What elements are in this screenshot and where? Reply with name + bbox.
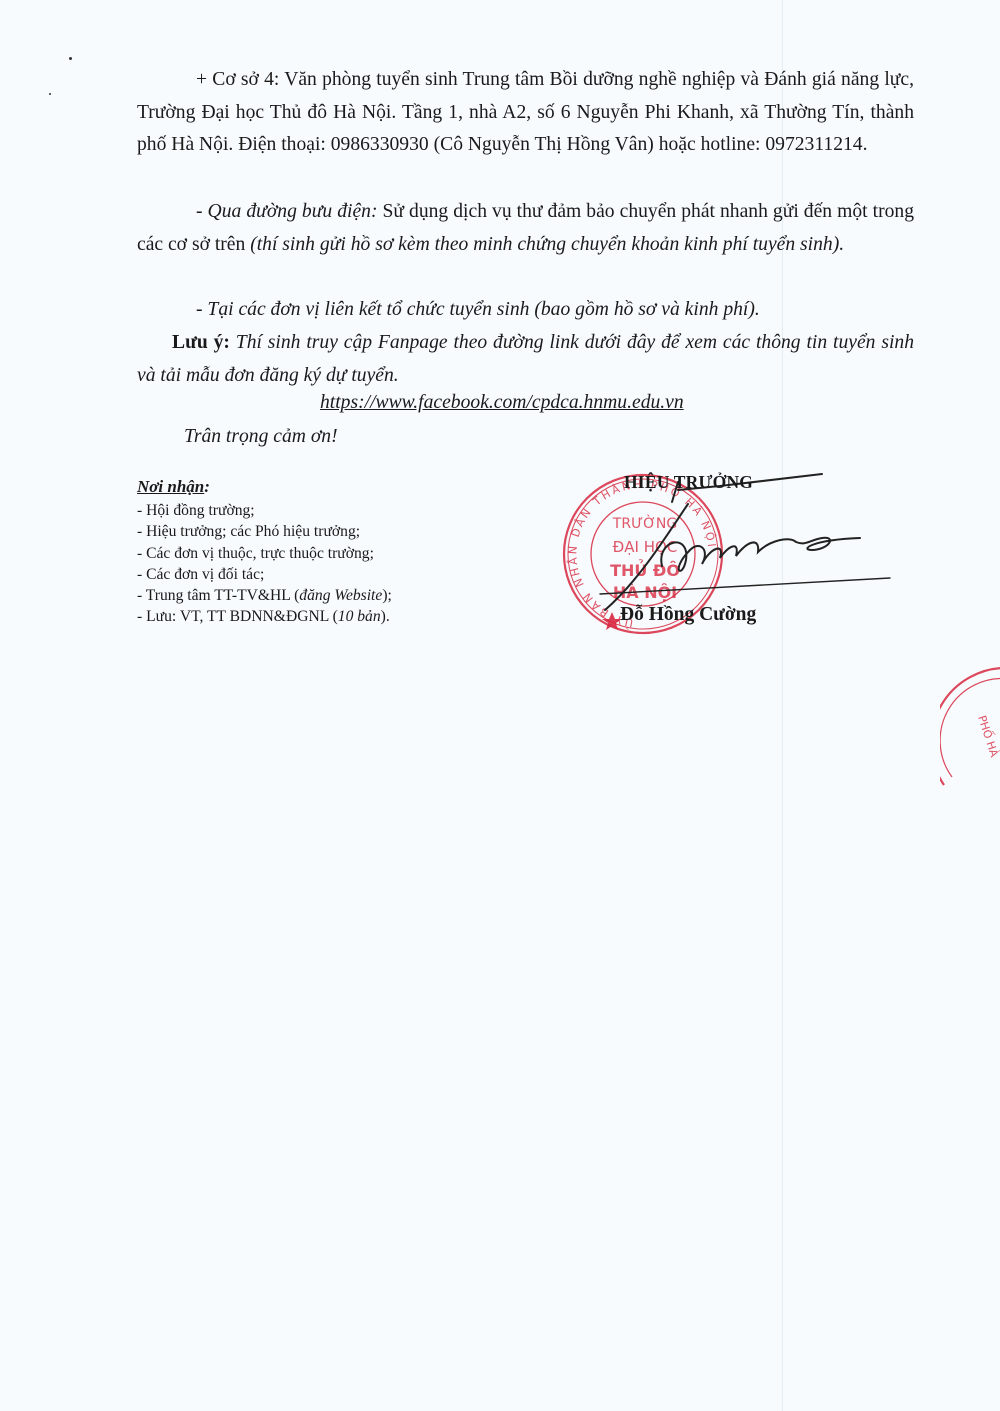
- paragraph-campus-4: + Cơ sở 4: Văn phòng tuyển sinh Trung tâ…: [137, 64, 914, 162]
- fanpage-link-line: https://www.facebook.com/cpdca.hnmu.edu.…: [320, 392, 684, 414]
- recipients-block: Nơi nhận: - Hội đồng trường;- Hiệu trưởn…: [137, 476, 392, 627]
- signature-block: ỦY BAN NHÂN DÂN THÀNH PHỐ HÀ NỘI TRƯỜNG …: [560, 470, 900, 640]
- recipients-list: - Hội đồng trường;- Hiệu trưởng; các Phó…: [137, 500, 392, 627]
- recipient-item: - Các đơn vị thuộc, trực thuộc trường;: [137, 543, 392, 564]
- paragraph-note: Lưu ý: Thí sinh truy cập Fanpage theo đư…: [137, 327, 914, 392]
- partners-note: (bao gồm hồ sơ và kinh phí).: [534, 299, 759, 320]
- note-label: Lưu ý:: [172, 332, 230, 353]
- recipient-item: - Trung tâm TT-TV&HL (đăng Website);: [137, 585, 392, 606]
- closing-text: Trân trọng cảm ơn!: [184, 426, 338, 448]
- partial-seal-icon: PHỐ HÀ: [940, 665, 1000, 815]
- paragraph-partners: - Tại các đơn vị liên kết tổ chức tuyển …: [137, 294, 914, 327]
- post-office-label: - Qua đường bưu điện:: [196, 201, 377, 222]
- document-page: + Cơ sở 4: Văn phòng tuyển sinh Trung tâ…: [0, 0, 1000, 1411]
- recipient-item: - Các đơn vị đối tác;: [137, 564, 392, 585]
- signer-title: HIỆU TRƯỞNG: [624, 472, 753, 493]
- recipient-item: - Lưu: VT, TT BDNN&ĐGNL (10 bản).: [137, 606, 392, 627]
- recipients-title: Nơi nhận:: [137, 476, 392, 497]
- recipient-item: - Hiệu trưởng; các Phó hiệu trưởng;: [137, 521, 392, 542]
- scan-speck: [49, 93, 51, 95]
- scan-speck: [69, 57, 72, 60]
- svg-text:PHỐ HÀ: PHỐ HÀ: [975, 714, 1000, 760]
- fanpage-link[interactable]: https://www.facebook.com/cpdca.hnmu.edu.…: [320, 392, 684, 413]
- recipient-item: - Hội đồng trường;: [137, 500, 392, 521]
- signer-name: Đỗ Hồng Cường: [620, 604, 756, 626]
- partners-text: - Tại các đơn vị liên kết tổ chức tuyển …: [196, 299, 534, 320]
- paragraph-post-office: - Qua đường bưu điện: Sử dụng dịch vụ th…: [137, 196, 914, 261]
- note-text: Thí sinh truy cập Fanpage theo đường lin…: [137, 332, 914, 386]
- post-office-note: (thí sinh gửi hồ sơ kèm theo minh chứng …: [250, 234, 844, 255]
